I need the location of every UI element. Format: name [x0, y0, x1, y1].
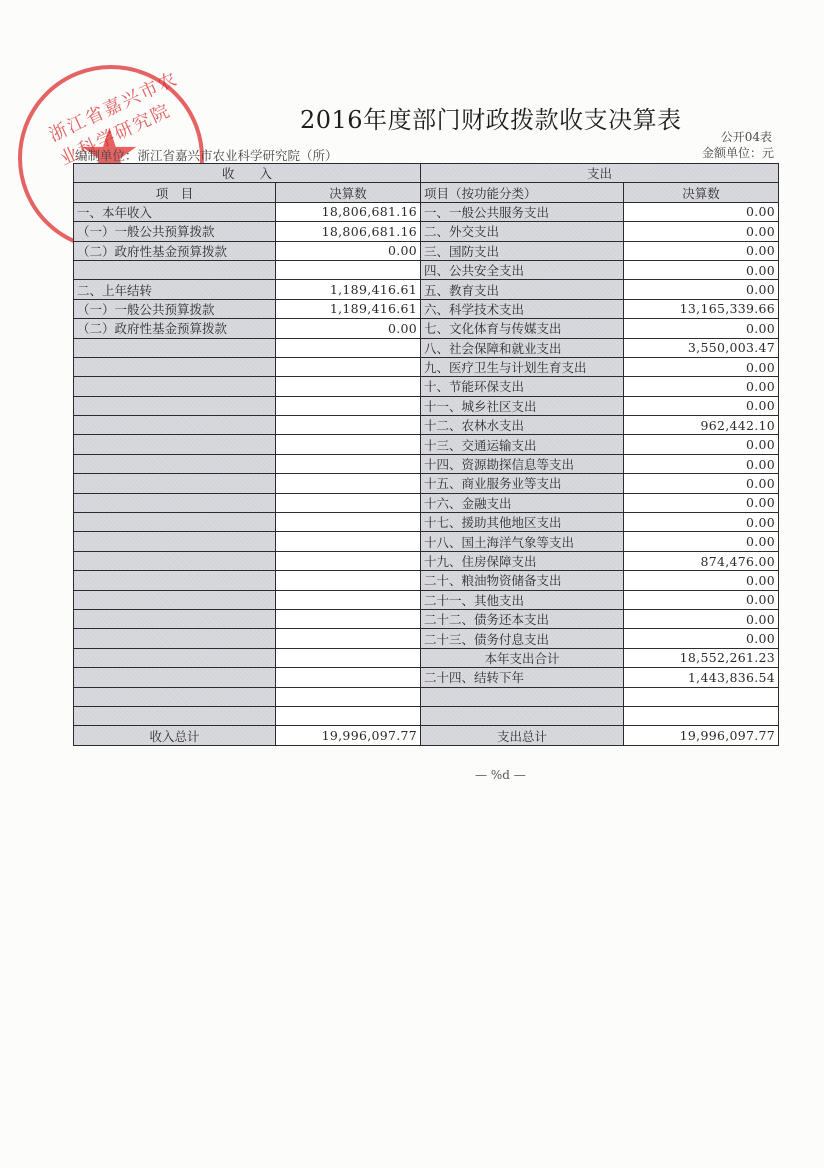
expense-item: 二十四、结转下年: [421, 668, 624, 687]
budget-table: 收 入 支出 项 目 决算数 项目（按功能分类） 决算数 一、本年收入18,80…: [73, 163, 779, 746]
table-row: 十、节能环保支出0.00: [74, 377, 779, 396]
expense-item: 三、国防支出: [421, 241, 624, 260]
expense-amount: 874,476.00: [624, 551, 779, 570]
income-amount: [276, 609, 421, 628]
income-item: [74, 377, 276, 396]
income-item: [74, 571, 276, 590]
expense-item: 七、文化体育与传媒支出: [421, 319, 624, 338]
total-row: 收入总计19,996,097.77支出总计19,996,097.77: [74, 726, 779, 745]
table-row: 八、社会保障和就业支出3,550,003.47: [74, 338, 779, 357]
table-row: [74, 706, 779, 725]
income-item: [74, 435, 276, 454]
expense-item: 十四、资源勘探信息等支出: [421, 454, 624, 473]
table-row: 十七、援助其他地区支出0.00: [74, 513, 779, 532]
expense-item: 二十、粮油物资储备支出: [421, 571, 624, 590]
income-amount: 18,806,681.16: [276, 202, 421, 221]
expense-item: 十六、金融支出: [421, 493, 624, 512]
income-item: [74, 260, 276, 279]
table-row: 二十三、债务付息支出0.00: [74, 629, 779, 648]
income-amount: [276, 513, 421, 532]
income-amount: 1,189,416.61: [276, 280, 421, 299]
income-amount: [276, 551, 421, 570]
income-item: 一、本年收入: [74, 202, 276, 221]
expense-amount: 0.00: [624, 357, 779, 376]
expense-item: 十七、援助其他地区支出: [421, 513, 624, 532]
expense-item: 十八、国土海洋气象等支出: [421, 532, 624, 551]
expense-item: 六、科学技术支出: [421, 299, 624, 318]
income-header: 收 入: [74, 164, 421, 183]
income-amount: [276, 357, 421, 376]
income-amount: [276, 338, 421, 357]
table-row: 十四、资源勘探信息等支出0.00: [74, 454, 779, 473]
page-title: 2016年度部门财政拨款收支决算表: [300, 100, 682, 135]
income-item: [74, 706, 276, 725]
income-item: [74, 629, 276, 648]
income-item: （一）一般公共预算拨款: [74, 299, 276, 318]
expense-amount: 0.00: [624, 377, 779, 396]
expense-amount: 0.00: [624, 590, 779, 609]
expense-amount: 0.00: [624, 609, 779, 628]
table-row: 九、医疗卫生与计划生育支出0.00: [74, 357, 779, 376]
income-item: [74, 551, 276, 570]
amount-unit: 金额单位：元: [702, 144, 774, 161]
expense-item: 五、教育支出: [421, 280, 624, 299]
income-item: [74, 474, 276, 493]
income-item: [74, 396, 276, 415]
table-row: 二、上年结转1,189,416.61五、教育支出0.00: [74, 280, 779, 299]
income-item: [74, 513, 276, 532]
expense-amount: 0.00: [624, 319, 779, 338]
expense-item: 十三、交通运输支出: [421, 435, 624, 454]
table-row: （二）政府性基金预算拨款0.00三、国防支出0.00: [74, 241, 779, 260]
table-row: 二十、粮油物资储备支出0.00: [74, 571, 779, 590]
income-amount: [276, 706, 421, 725]
expense-amount: 0.00: [624, 513, 779, 532]
expense-amount: 0.00: [624, 280, 779, 299]
expense-item: 九、医疗卫生与计划生育支出: [421, 357, 624, 376]
table-row: （一）一般公共预算拨款1,189,416.61六、科学技术支出13,165,33…: [74, 299, 779, 318]
expense-amount: 0.00: [624, 571, 779, 590]
expense-item: 四、公共安全支出: [421, 260, 624, 279]
income-item: （一）一般公共预算拨款: [74, 222, 276, 241]
table-row: 二十二、债务还本支出0.00: [74, 609, 779, 628]
expense-amount: 0.00: [624, 532, 779, 551]
income-item: 二、上年结转: [74, 280, 276, 299]
income-amount: [276, 648, 421, 667]
expense-item: 一、一般公共服务支出: [421, 202, 624, 221]
income-item: [74, 532, 276, 551]
expense-amount: 0.00: [624, 202, 779, 221]
table-row: 十一、城乡社区支出0.00: [74, 396, 779, 415]
table-row: 十八、国土海洋气象等支出0.00: [74, 532, 779, 551]
income-item: [74, 609, 276, 628]
expense-item: 十二、农林水支出: [421, 416, 624, 435]
income-item: （二）政府性基金预算拨款: [74, 241, 276, 260]
income-item: [74, 493, 276, 512]
expense-item: 二、外交支出: [421, 222, 624, 241]
expense-amount: 962,442.10: [624, 416, 779, 435]
income-amount: [276, 416, 421, 435]
expense-amount: 0.00: [624, 435, 779, 454]
expense-amount: 13,165,339.66: [624, 299, 779, 318]
expense-item: [421, 706, 624, 725]
page-number: — %d —: [475, 768, 526, 782]
expense-amount: 0.00: [624, 454, 779, 473]
income-total-label: 收入总计: [74, 726, 276, 745]
table-row: 十三、交通运输支出0.00: [74, 435, 779, 454]
income-total-amount: 19,996,097.77: [276, 726, 421, 745]
income-amount: 18,806,681.16: [276, 222, 421, 241]
expense-item: 本年支出合计: [421, 648, 624, 667]
expense-amount: 3,550,003.47: [624, 338, 779, 357]
income-amount: [276, 396, 421, 415]
expense-item-col-header: 项目（按功能分类）: [421, 183, 624, 202]
expense-amount: 0.00: [624, 241, 779, 260]
income-amount: [276, 532, 421, 551]
income-item: [74, 454, 276, 473]
income-amount: [276, 590, 421, 609]
income-item: [74, 416, 276, 435]
income-item: [74, 687, 276, 706]
table-row: [74, 687, 779, 706]
expense-amount: 1,443,836.54: [624, 668, 779, 687]
table-row: （二）政府性基金预算拨款0.00七、文化体育与传媒支出0.00: [74, 319, 779, 338]
income-amount: [276, 377, 421, 396]
expense-amount: [624, 687, 779, 706]
expense-item: 十五、商业服务业等支出: [421, 474, 624, 493]
income-amount: 1,189,416.61: [276, 299, 421, 318]
table-row: 十二、农林水支出962,442.10: [74, 416, 779, 435]
income-amount: 0.00: [276, 241, 421, 260]
income-amount: [276, 629, 421, 648]
income-amount: [276, 260, 421, 279]
income-item: [74, 668, 276, 687]
form-number: 公开04表: [721, 128, 772, 145]
expense-amount: [624, 706, 779, 725]
table-row: 一、本年收入18,806,681.16一、一般公共服务支出0.00: [74, 202, 779, 221]
expense-amount: 0.00: [624, 396, 779, 415]
expense-total-label: 支出总计: [421, 726, 624, 745]
income-amount: [276, 687, 421, 706]
expense-amount-col-header: 决算数: [624, 183, 779, 202]
expense-item: [421, 687, 624, 706]
expense-item: 八、社会保障和就业支出: [421, 338, 624, 357]
expense-item: 二十一、其他支出: [421, 590, 624, 609]
table-row: （一）一般公共预算拨款18,806,681.16二、外交支出0.00: [74, 222, 779, 241]
expense-amount: 18,552,261.23: [624, 648, 779, 667]
expense-item: 二十三、债务付息支出: [421, 629, 624, 648]
expense-total-amount: 19,996,097.77: [624, 726, 779, 745]
income-item-col-header: 项 目: [74, 183, 276, 202]
table-row: 十六、金融支出0.00: [74, 493, 779, 512]
table-row: 十九、住房保障支出874,476.00: [74, 551, 779, 570]
expense-header: 支出: [421, 164, 779, 183]
table-row: 二十四、结转下年1,443,836.54: [74, 668, 779, 687]
income-amount: 0.00: [276, 319, 421, 338]
income-amount: [276, 571, 421, 590]
income-item: [74, 357, 276, 376]
income-item: [74, 648, 276, 667]
expense-item: 十、节能环保支出: [421, 377, 624, 396]
income-item: [74, 590, 276, 609]
table-row: 本年支出合计18,552,261.23: [74, 648, 779, 667]
expense-amount: 0.00: [624, 260, 779, 279]
compiling-unit: 编制单位：浙江省嘉兴市农业科学研究院（所）: [75, 146, 338, 164]
income-item: （二）政府性基金预算拨款: [74, 319, 276, 338]
table-row: 二十一、其他支出0.00: [74, 590, 779, 609]
expense-amount: 0.00: [624, 222, 779, 241]
income-amount-col-header: 决算数: [276, 183, 421, 202]
expense-item: 十一、城乡社区支出: [421, 396, 624, 415]
income-amount: [276, 668, 421, 687]
income-amount: [276, 474, 421, 493]
expense-item: 二十二、债务还本支出: [421, 609, 624, 628]
income-amount: [276, 454, 421, 473]
expense-amount: 0.00: [624, 493, 779, 512]
income-amount: [276, 435, 421, 454]
income-amount: [276, 493, 421, 512]
expense-item: 十九、住房保障支出: [421, 551, 624, 570]
expense-amount: 0.00: [624, 629, 779, 648]
income-item: [74, 338, 276, 357]
table-row: 十五、商业服务业等支出0.00: [74, 474, 779, 493]
expense-amount: 0.00: [624, 474, 779, 493]
table-row: 四、公共安全支出0.00: [74, 260, 779, 279]
